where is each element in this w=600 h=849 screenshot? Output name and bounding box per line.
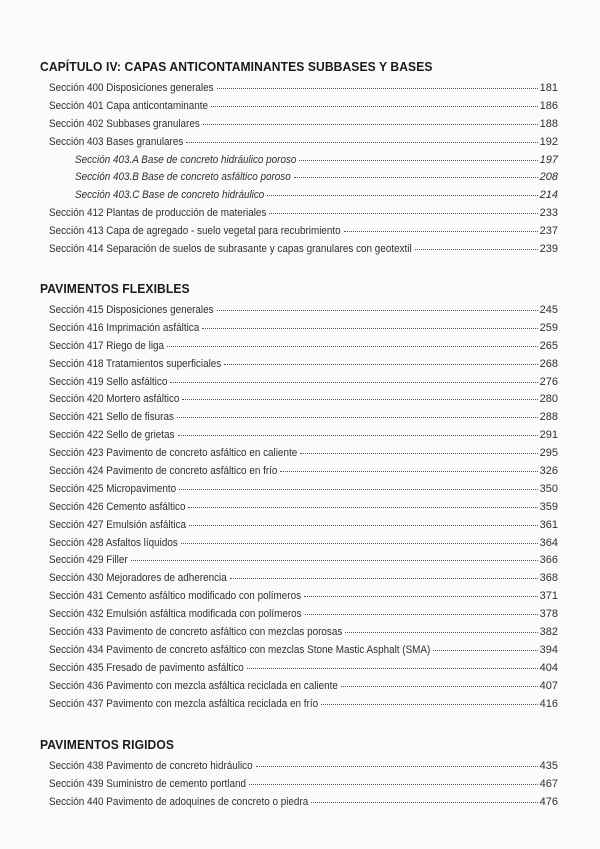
toc-entry[interactable]: Sección 421 Sello de fisuras288 — [40, 409, 558, 427]
dot-leader — [188, 507, 537, 508]
entry-title: Sección 429 Filler — [49, 552, 128, 570]
dot-leader — [249, 784, 538, 785]
dot-leader — [415, 249, 538, 250]
dot-leader — [230, 578, 538, 579]
page-number: 407 — [540, 678, 558, 696]
toc-entry[interactable]: Sección 419 Sello asfáltico276 — [40, 374, 558, 392]
toc-entry[interactable]: Sección 418 Tratamientos superficiales26… — [40, 356, 558, 374]
entry-title: Sección 423 Pavimento de concreto asfált… — [49, 445, 297, 463]
page-number: 378 — [540, 606, 558, 624]
dot-leader — [217, 88, 538, 89]
dot-leader — [211, 106, 538, 107]
toc-entry[interactable]: Sección 402 Subbases granulares188 — [40, 116, 558, 134]
toc-entry[interactable]: Sección 416 Imprimación asfáltica259 — [40, 320, 558, 338]
entry-title: Sección 436 Pavimento con mezcla asfálti… — [49, 678, 338, 696]
entry-title: Sección 400 Disposiciones generales — [49, 80, 214, 98]
dot-leader — [433, 650, 537, 651]
page-number: 245 — [540, 302, 558, 320]
toc-subentry[interactable]: Sección 403.B Base de concreto asfáltico… — [40, 169, 558, 187]
dot-leader — [305, 614, 538, 615]
toc-entry[interactable]: Sección 432 Emulsión asfáltica modificad… — [40, 606, 558, 624]
entry-title: Sección 414 Separación de suelos de subr… — [49, 241, 412, 259]
entry-title: Sección 420 Mortero asfáltico — [49, 391, 179, 409]
page-number: 280 — [540, 391, 558, 409]
dot-leader — [203, 124, 538, 125]
entry-title: Sección 401 Capa anticontaminante — [49, 98, 208, 116]
entry-title: Sección 425 Micropavimento — [49, 481, 176, 499]
entry-title: Sección 430 Mejoradores de adherencia — [49, 570, 227, 588]
dot-leader — [217, 310, 538, 311]
page-number: 186 — [540, 98, 558, 116]
dot-leader — [321, 704, 538, 705]
toc-entry[interactable]: Sección 425 Micropavimento350 — [40, 481, 558, 499]
page-number: 394 — [540, 642, 558, 660]
page-number: 382 — [540, 624, 558, 642]
toc-entry[interactable]: Sección 417 Riego de liga265 — [40, 338, 558, 356]
page-number: 435 — [540, 758, 558, 776]
page-number: 214 — [540, 187, 558, 205]
entry-title: Sección 415 Disposiciones generales — [49, 302, 214, 320]
entry-title: Sección 426 Cemento asfáltico — [49, 499, 185, 517]
page-number: 368 — [540, 570, 558, 588]
toc-entry[interactable]: Sección 440 Pavimento de adoquines de co… — [40, 794, 558, 812]
page-number: 208 — [540, 169, 558, 187]
toc-entry[interactable]: Sección 414 Separación de suelos de subr… — [40, 241, 558, 259]
dot-leader — [344, 231, 538, 232]
toc-entry[interactable]: Sección 438 Pavimento de concreto hidráu… — [40, 758, 558, 776]
toc-entry[interactable]: Sección 439 Suministro de cemento portla… — [40, 776, 558, 794]
entry-title: Sección 403 Bases granulares — [49, 134, 183, 152]
dot-leader — [267, 195, 537, 196]
dot-leader — [345, 632, 537, 633]
entry-title: Sección 438 Pavimento de concreto hidráu… — [49, 758, 253, 776]
page-number: 416 — [540, 696, 558, 714]
toc-entry[interactable]: Sección 424 Pavimento de concreto asfált… — [40, 463, 558, 481]
page-number: 288 — [540, 409, 558, 427]
chapter-capas-anticontaminantes: CAPÍTULO IV: CAPAS ANTICONTAMINANTES SUB… — [40, 59, 558, 259]
page-number: 359 — [540, 499, 558, 517]
toc-subentry[interactable]: Sección 403.C Base de concreto hidráulic… — [40, 187, 558, 205]
toc-entry[interactable]: Sección 420 Mortero asfáltico280 — [40, 391, 558, 409]
dot-leader — [131, 560, 538, 561]
toc-entry[interactable]: Sección 431 Cemento asfáltico modificado… — [40, 588, 558, 606]
toc-page: CAPÍTULO IV: CAPAS ANTICONTAMINANTES SUB… — [0, 0, 600, 849]
toc-subentry[interactable]: Sección 403.A Base de concreto hidráulic… — [40, 152, 558, 170]
entry-title: Sección 440 Pavimento de adoquines de co… — [49, 794, 308, 812]
entry-title: Sección 412 Plantas de producción de mat… — [49, 205, 266, 223]
page-number: 326 — [540, 463, 558, 481]
toc-entry[interactable]: Sección 428 Asfaltos líquidos364 — [40, 535, 558, 553]
dot-leader — [256, 766, 538, 767]
page-number: 265 — [540, 338, 558, 356]
dot-leader — [269, 213, 537, 214]
entry-title: Sección 433 Pavimento de concreto asfált… — [49, 624, 342, 642]
page-number: 371 — [540, 588, 558, 606]
entry-title: Sección 418 Tratamientos superficiales — [49, 356, 221, 374]
toc-entry[interactable]: Sección 422 Sello de grietas291 — [40, 427, 558, 445]
page-number: 259 — [540, 320, 558, 338]
page-number: 237 — [540, 223, 558, 241]
toc-entry[interactable]: Sección 412 Plantas de producción de mat… — [40, 205, 558, 223]
page-number: 188 — [540, 116, 558, 134]
entry-title: Sección 434 Pavimento de concreto asfált… — [49, 642, 430, 660]
dot-leader — [182, 399, 537, 400]
entry-title: Sección 437 Pavimento con mezcla asfálti… — [49, 696, 318, 714]
entry-title: Sección 403.A Base de concreto hidráulic… — [75, 152, 296, 170]
chapter-title: CAPÍTULO IV: CAPAS ANTICONTAMINANTES SUB… — [40, 59, 522, 75]
toc-entry[interactable]: Sección 433 Pavimento de concreto asfált… — [40, 624, 558, 642]
toc-entry[interactable]: Sección 415 Disposiciones generales245 — [40, 302, 558, 320]
page-number: 181 — [540, 80, 558, 98]
chapter-pavimentos-rigidos: PAVIMENTOS RIGIDOS Sección 438 Pavimento… — [40, 737, 558, 812]
page-number: 476 — [540, 794, 558, 812]
page-number: 404 — [540, 660, 558, 678]
dot-leader — [189, 525, 538, 526]
entry-title: Sección 417 Riego de liga — [49, 338, 164, 356]
entry-title: Sección 439 Suministro de cemento portla… — [49, 776, 246, 794]
dot-leader — [181, 543, 538, 544]
page-number: 239 — [540, 241, 558, 259]
dot-leader — [202, 328, 537, 329]
toc-entry[interactable]: Sección 436 Pavimento con mezcla asfálti… — [40, 678, 558, 696]
entry-title: Sección 421 Sello de fisuras — [49, 409, 174, 427]
toc-entry[interactable]: Sección 427 Emulsión asfáltica361 — [40, 517, 558, 535]
dot-leader — [280, 471, 537, 472]
page-number: 467 — [540, 776, 558, 794]
entry-title: Sección 431 Cemento asfáltico modificado… — [49, 588, 301, 606]
toc-entries: Sección 415 Disposiciones generales245Se… — [40, 302, 558, 713]
page-number: 233 — [540, 205, 558, 223]
dot-leader — [224, 364, 537, 365]
dot-leader — [167, 346, 538, 347]
dot-leader — [299, 160, 537, 161]
entry-title: Sección 435 Fresado de pavimento asfálti… — [49, 660, 244, 678]
page-number: 192 — [540, 134, 558, 152]
dot-leader — [178, 435, 538, 436]
toc-entry[interactable]: Sección 437 Pavimento con mezcla asfálti… — [40, 696, 558, 714]
toc-entry[interactable]: Sección 423 Pavimento de concreto asfált… — [40, 445, 558, 463]
dot-leader — [300, 453, 537, 454]
entry-title: Sección 427 Emulsión asfáltica — [49, 517, 186, 535]
entry-title: Sección 402 Subbases granulares — [49, 116, 200, 134]
dot-leader — [311, 802, 537, 803]
entry-title: Sección 432 Emulsión asfáltica modificad… — [49, 606, 302, 624]
toc-entry[interactable]: Sección 435 Fresado de pavimento asfálti… — [40, 660, 558, 678]
entry-title: Sección 428 Asfaltos líquidos — [49, 535, 178, 553]
entry-title: Sección 419 Sello asfáltico — [49, 374, 167, 392]
dot-leader — [170, 382, 537, 383]
entry-title: Sección 413 Capa de agregado - suelo veg… — [49, 223, 341, 241]
toc-entry[interactable]: Sección 403 Bases granulares192 — [40, 134, 558, 152]
toc-entry[interactable]: Sección 426 Cemento asfáltico359 — [40, 499, 558, 517]
chapter-title: PAVIMENTOS FLEXIBLES — [40, 281, 522, 297]
page-number: 291 — [540, 427, 558, 445]
dot-leader — [341, 686, 538, 687]
page-number: 295 — [540, 445, 558, 463]
page-number: 350 — [540, 481, 558, 499]
page-number: 276 — [540, 374, 558, 392]
entry-title: Sección 422 Sello de grietas — [49, 427, 174, 445]
dot-leader — [304, 596, 538, 597]
toc-entry[interactable]: Sección 400 Disposiciones generales181 — [40, 80, 558, 98]
chapter-pavimentos-flexibles: PAVIMENTOS FLEXIBLES Sección 415 Disposi… — [40, 281, 558, 713]
entry-title: Sección 424 Pavimento de concreto asfált… — [49, 463, 277, 481]
dot-leader — [294, 177, 538, 178]
toc-entry[interactable]: Sección 413 Capa de agregado - suelo veg… — [40, 223, 558, 241]
page-number: 197 — [540, 152, 558, 170]
entry-title: Sección 403.B Base de concreto asfáltico… — [75, 169, 291, 187]
page-number: 366 — [540, 552, 558, 570]
toc-entry[interactable]: Sección 401 Capa anticontaminante186 — [40, 98, 558, 116]
dot-leader — [247, 668, 538, 669]
dot-leader — [179, 489, 537, 490]
toc-entry[interactable]: Sección 429 Filler366 — [40, 552, 558, 570]
chapter-title: PAVIMENTOS RIGIDOS — [40, 737, 522, 753]
dot-leader — [186, 142, 537, 143]
toc-entry[interactable]: Sección 430 Mejoradores de adherencia368 — [40, 570, 558, 588]
page-number: 361 — [540, 517, 558, 535]
toc-entry[interactable]: Sección 434 Pavimento de concreto asfált… — [40, 642, 558, 660]
page-number: 268 — [540, 356, 558, 374]
page-number: 364 — [540, 535, 558, 553]
toc-entries: Sección 438 Pavimento de concreto hidráu… — [40, 758, 558, 812]
entry-title: Sección 416 Imprimación asfáltica — [49, 320, 199, 338]
dot-leader — [177, 417, 538, 418]
entry-title: Sección 403.C Base de concreto hidráulic… — [75, 187, 264, 205]
toc-entries: Sección 400 Disposiciones generales181Se… — [40, 80, 558, 259]
